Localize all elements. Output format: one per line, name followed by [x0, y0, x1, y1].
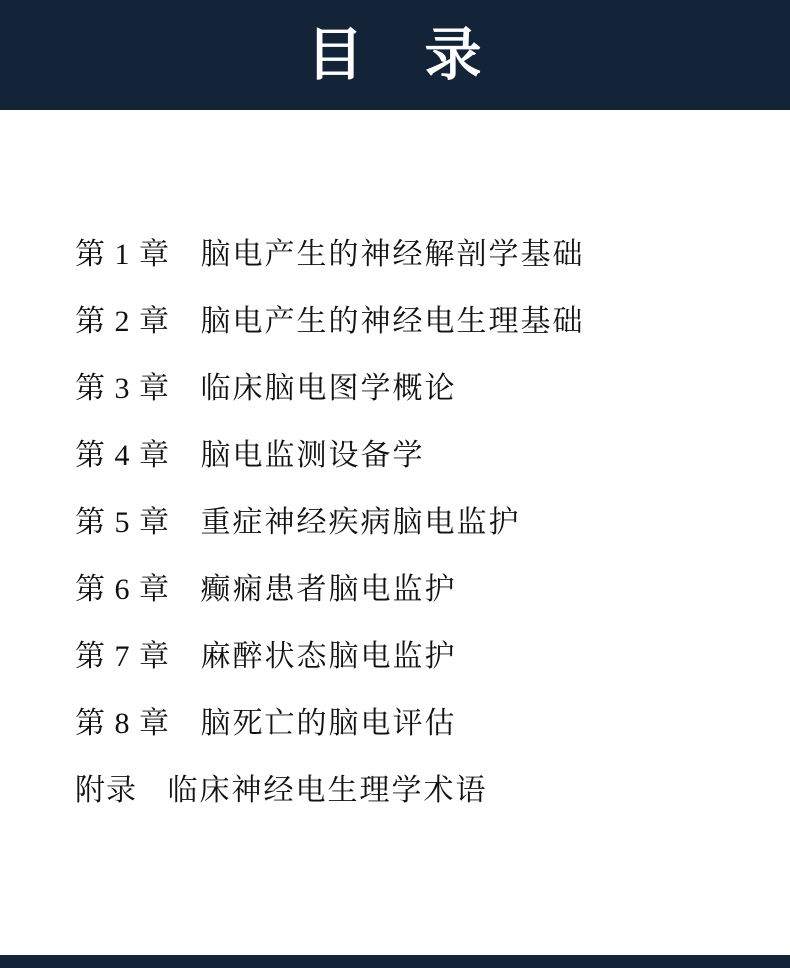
chapter-label: 第 3 章 [75, 372, 170, 405]
toc-entry-chapter-8: 第 8 章 脑死亡的脑电评估 [75, 709, 750, 739]
footer-band [0, 955, 790, 968]
page-title: 目 录 [307, 27, 484, 84]
chapter-title: 脑电产生的神经电生理基础 [200, 305, 584, 338]
chapter-label: 第 4 章 [75, 439, 170, 472]
chapter-title: 癫痫患者脑电监护 [200, 573, 456, 606]
toc-entry-appendix: 附录 临床神经电生理学术语 [75, 776, 750, 806]
chapter-label: 第 2 章 [75, 305, 170, 338]
chapter-title: 重症神经疾病脑电监护 [200, 506, 520, 539]
chapter-title: 脑死亡的脑电评估 [200, 707, 456, 740]
chapter-label: 第 7 章 [75, 640, 170, 673]
toc-entry-chapter-3: 第 3 章 临床脑电图学概论 [75, 374, 750, 404]
chapter-label: 第 5 章 [75, 506, 170, 539]
toc-entry-chapter-2: 第 2 章 脑电产生的神经电生理基础 [75, 307, 750, 337]
chapter-label: 第 8 章 [75, 707, 170, 740]
chapter-label: 附录 [75, 774, 137, 807]
toc-page: 目 录 第 1 章 脑电产生的神经解剖学基础 第 2 章 脑电产生的神经电生理基… [0, 0, 790, 968]
chapter-title: 麻醉状态脑电监护 [200, 640, 456, 673]
chapter-label: 第 6 章 [75, 573, 170, 606]
toc-entry-chapter-7: 第 7 章 麻醉状态脑电监护 [75, 642, 750, 672]
chapter-label: 第 1 章 [75, 238, 170, 271]
toc-entry-chapter-4: 第 4 章 脑电监测设备学 [75, 441, 750, 471]
toc-list: 第 1 章 脑电产生的神经解剖学基础 第 2 章 脑电产生的神经电生理基础 第 … [0, 110, 790, 843]
toc-entry-chapter-6: 第 6 章 癫痫患者脑电监护 [75, 575, 750, 605]
chapter-title: 脑电产生的神经解剖学基础 [200, 238, 584, 271]
chapter-title: 脑电监测设备学 [200, 439, 424, 472]
toc-entry-chapter-1: 第 1 章 脑电产生的神经解剖学基础 [75, 240, 750, 270]
chapter-title: 临床脑电图学概论 [200, 372, 456, 405]
toc-entry-chapter-5: 第 5 章 重症神经疾病脑电监护 [75, 508, 750, 538]
header-band: 目 录 [0, 0, 790, 110]
chapter-title: 临床神经电生理学术语 [167, 774, 487, 807]
